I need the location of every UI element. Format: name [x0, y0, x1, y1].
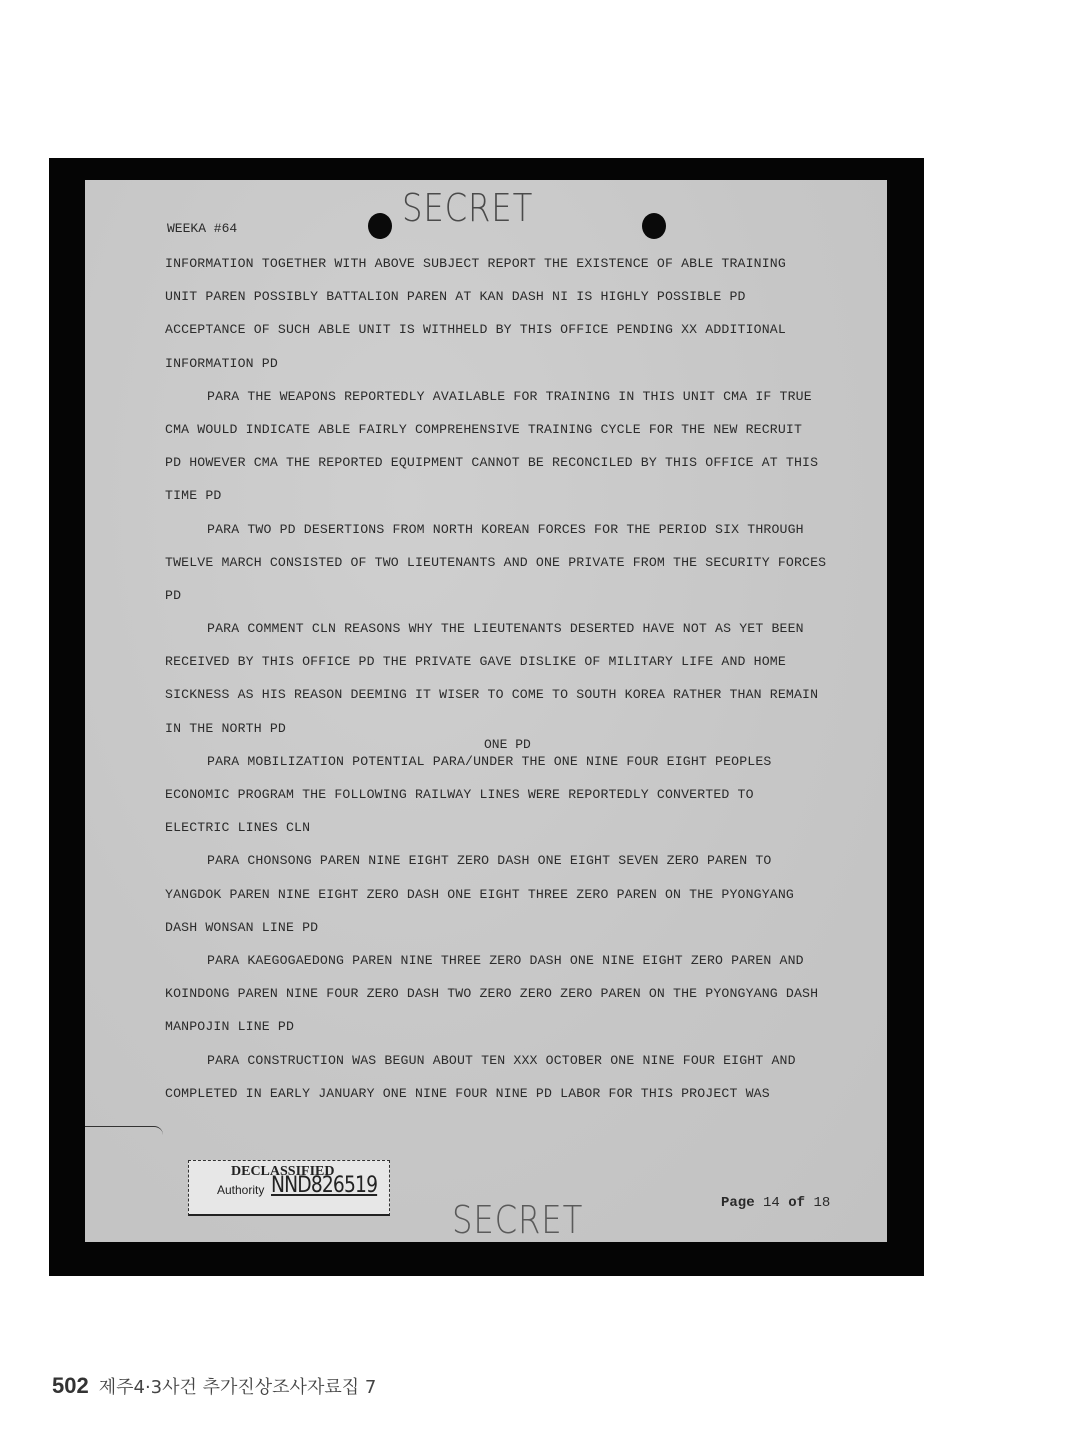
- document-reference: WEEKA #64: [167, 221, 237, 236]
- text-line: PD: [165, 586, 865, 619]
- page-of: of: [788, 1195, 805, 1211]
- document-page-number: Page 14 of 18: [721, 1195, 830, 1211]
- declassified-stamp: DECLASSIFIED Authority NND826519: [188, 1160, 390, 1216]
- text-line: MANPOJIN LINE PD: [165, 1017, 865, 1050]
- text-line: ACCEPTANCE OF SUCH ABLE UNIT IS WITHHELD…: [165, 320, 865, 353]
- interlinear-insertion: ONE PD: [484, 737, 531, 752]
- margin-mark: [85, 1126, 163, 1135]
- book-footer: 502 제주4·3사건 추가진상조사자료집 7: [52, 1373, 376, 1399]
- text-line: TWELVE MARCH CONSISTED OF TWO LIEUTENANT…: [165, 553, 865, 586]
- paragraph-start: PARA COMMENT CLN REASONS WHY THE LIEUTEN…: [165, 619, 865, 652]
- classification-stamp-bottom: SECRET: [452, 1198, 583, 1242]
- authority-value: NND826519: [271, 1173, 377, 1198]
- text-line: TIME PD: [165, 486, 865, 519]
- book-title: 제주4·3사건 추가진상조사자료집 7: [99, 1373, 377, 1399]
- page-total: 18: [813, 1195, 830, 1211]
- paragraph-start: PARA KAEGOGAEDONG PAREN NINE THREE ZERO …: [165, 951, 865, 984]
- text-line: COMPLETED IN EARLY JANUARY ONE NINE FOUR…: [165, 1084, 865, 1117]
- text-line: INFORMATION TOGETHER WITH ABOVE SUBJECT …: [165, 254, 865, 287]
- text-line: CMA WOULD INDICATE ABLE FAIRLY COMPREHEN…: [165, 420, 865, 453]
- authority-label: Authority: [217, 1183, 264, 1197]
- text-line: DASH WONSAN LINE PD: [165, 918, 865, 951]
- text-line: KOINDONG PAREN NINE FOUR ZERO DASH TWO Z…: [165, 984, 865, 1017]
- text-line: RECEIVED BY THIS OFFICE PD THE PRIVATE G…: [165, 652, 865, 685]
- paragraph-start: PARA CONSTRUCTION WAS BEGUN ABOUT TEN XX…: [165, 1051, 865, 1084]
- text-line: PD HOWEVER CMA THE REPORTED EQUIPMENT CA…: [165, 453, 865, 486]
- punch-hole-left: [368, 213, 392, 239]
- paragraph-start: PARA MOBILIZATION POTENTIAL PARA/UNDER T…: [165, 752, 865, 785]
- text-line: ELECTRIC LINES CLN: [165, 818, 865, 851]
- paragraph-start: PARA CHONSONG PAREN NINE EIGHT ZERO DASH…: [165, 851, 865, 884]
- book-page-number: 502: [52, 1373, 89, 1399]
- page-label: Page: [721, 1195, 755, 1211]
- text-line: UNIT PAREN POSSIBLY BATTALION PAREN AT K…: [165, 287, 865, 320]
- paragraph-start: PARA THE WEAPONS REPORTEDLY AVAILABLE FO…: [165, 387, 865, 420]
- text-line: YANGDOK PAREN NINE EIGHT ZERO DASH ONE E…: [165, 885, 865, 918]
- text-line: ECONOMIC PROGRAM THE FOLLOWING RAILWAY L…: [165, 785, 865, 818]
- page-current: 14: [763, 1195, 780, 1211]
- punch-hole-right: [642, 213, 666, 239]
- classification-stamp-top: SECRET: [402, 186, 533, 230]
- document-body: INFORMATION TOGETHER WITH ABOVE SUBJECT …: [165, 254, 865, 1117]
- paragraph-start: PARA TWO PD DESERTIONS FROM NORTH KOREAN…: [165, 520, 865, 553]
- text-line: INFORMATION PD: [165, 354, 865, 387]
- text-line: SICKNESS AS HIS REASON DEEMING IT WISER …: [165, 685, 865, 718]
